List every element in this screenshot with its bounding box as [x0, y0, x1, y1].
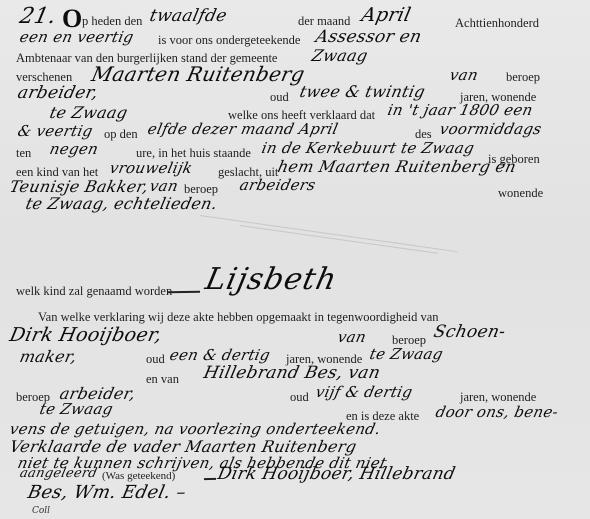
signature-lead-stroke — [204, 478, 216, 480]
handwritten-declarant-occupation: arbeider, — [16, 83, 100, 103]
handwritten-witness1-name: Dirk Hooijboer, — [8, 324, 164, 346]
printed-text: wonende — [498, 186, 543, 201]
act-number: 21. — [17, 4, 58, 29]
printed-text: oud — [290, 390, 309, 405]
margin-note: Coll — [32, 506, 50, 516]
name-underline-stroke — [168, 291, 200, 293]
paper-crease — [240, 225, 438, 254]
handwritten-declarant-residence: te Zwaag — [48, 103, 130, 122]
handwritten-year-words: een en veertig — [18, 28, 135, 46]
printed-text: en van — [146, 372, 179, 387]
handwritten-location: in de Kerkebuurt te Zwaag — [260, 139, 476, 157]
handwritten-official-title: Assessor en — [314, 27, 424, 47]
printed-text: ten — [16, 146, 31, 161]
handwritten-time-of-day: voormiddags — [438, 120, 543, 138]
handwritten-declarant-age: twee & twintig — [298, 82, 427, 101]
handwritten-municipality: Zwaag — [310, 46, 370, 65]
handwritten-parents-residence: te Zwaag, echtelieden. — [24, 194, 219, 213]
handwritten-date-phrase-1: in 't jaar 1800 een — [386, 101, 535, 119]
handwritten-witness2-age: vijf & dertig — [314, 383, 414, 401]
handwritten-parents-occupation: arbeiders — [238, 176, 317, 194]
printed-text: p heden den — [82, 14, 142, 29]
handwritten-closing-1: door ons, bene- — [434, 403, 560, 421]
handwritten-sex: vrouwelijk — [108, 159, 194, 177]
handwritten-witness1-occupation-1: Schoen- — [432, 322, 507, 342]
handwritten-witness2-residence: te Zwaag — [38, 400, 115, 418]
handwritten-signatures-1: Dirk Hooijboer, Hillebrand — [216, 464, 457, 484]
handwritten-signatures-2: Bes, Wm. Edel. – — [26, 482, 188, 503]
handwritten-declarant-name: Maarten Ruitenberg — [89, 62, 307, 86]
handwritten-month: April — [360, 4, 413, 26]
handwritten-van: van — [448, 66, 480, 84]
printed-text: op den — [104, 127, 138, 142]
handwritten-witness1-occupation-2: maker, — [18, 347, 79, 366]
handwritten-witness2-name: Hillebrand Bes, van — [202, 363, 382, 383]
handwritten-date-phrase-2: & veertig — [16, 122, 94, 140]
printed-name-label: welk kind zal genaamd worden — [16, 284, 172, 299]
handwritten-day: twaalfde — [148, 6, 229, 26]
printed-text: Achttienhonderd — [455, 16, 539, 31]
handwritten-parents-line-1: hem Maarten Ruitenberg en — [276, 157, 518, 176]
paper-crease — [200, 215, 458, 252]
printed-declaration: Van welke verklaring wij deze akte hebbe… — [38, 310, 439, 325]
handwritten-closing-2: vens de getuigen, na voorlezing ondertee… — [8, 420, 382, 438]
handwritten-date-phrase-3: elfde dezer maand April — [146, 120, 340, 138]
handwritten-witness1-residence: te Zwaag — [368, 345, 445, 363]
printed-text: oud — [270, 90, 289, 105]
handwritten-witness1-van: van — [336, 328, 368, 346]
handwritten-hour: negen — [48, 140, 100, 158]
printed-text: is voor ons ondergeteekende — [158, 33, 300, 48]
printed-signed-label: (Was geteekend) — [102, 470, 175, 482]
printed-text: beroep — [506, 70, 540, 85]
handwritten-parents-van: van — [148, 177, 180, 195]
birth-record-page: 21. O p heden den twaalfde der maand Apr… — [0, 0, 590, 519]
printed-text: oud — [146, 352, 165, 367]
handwritten-child-name: Lijsbeth — [202, 262, 340, 297]
handwritten-closing-5: aangeleerd — [18, 466, 98, 481]
handwritten-witness1-age: een & dertig — [168, 346, 272, 364]
